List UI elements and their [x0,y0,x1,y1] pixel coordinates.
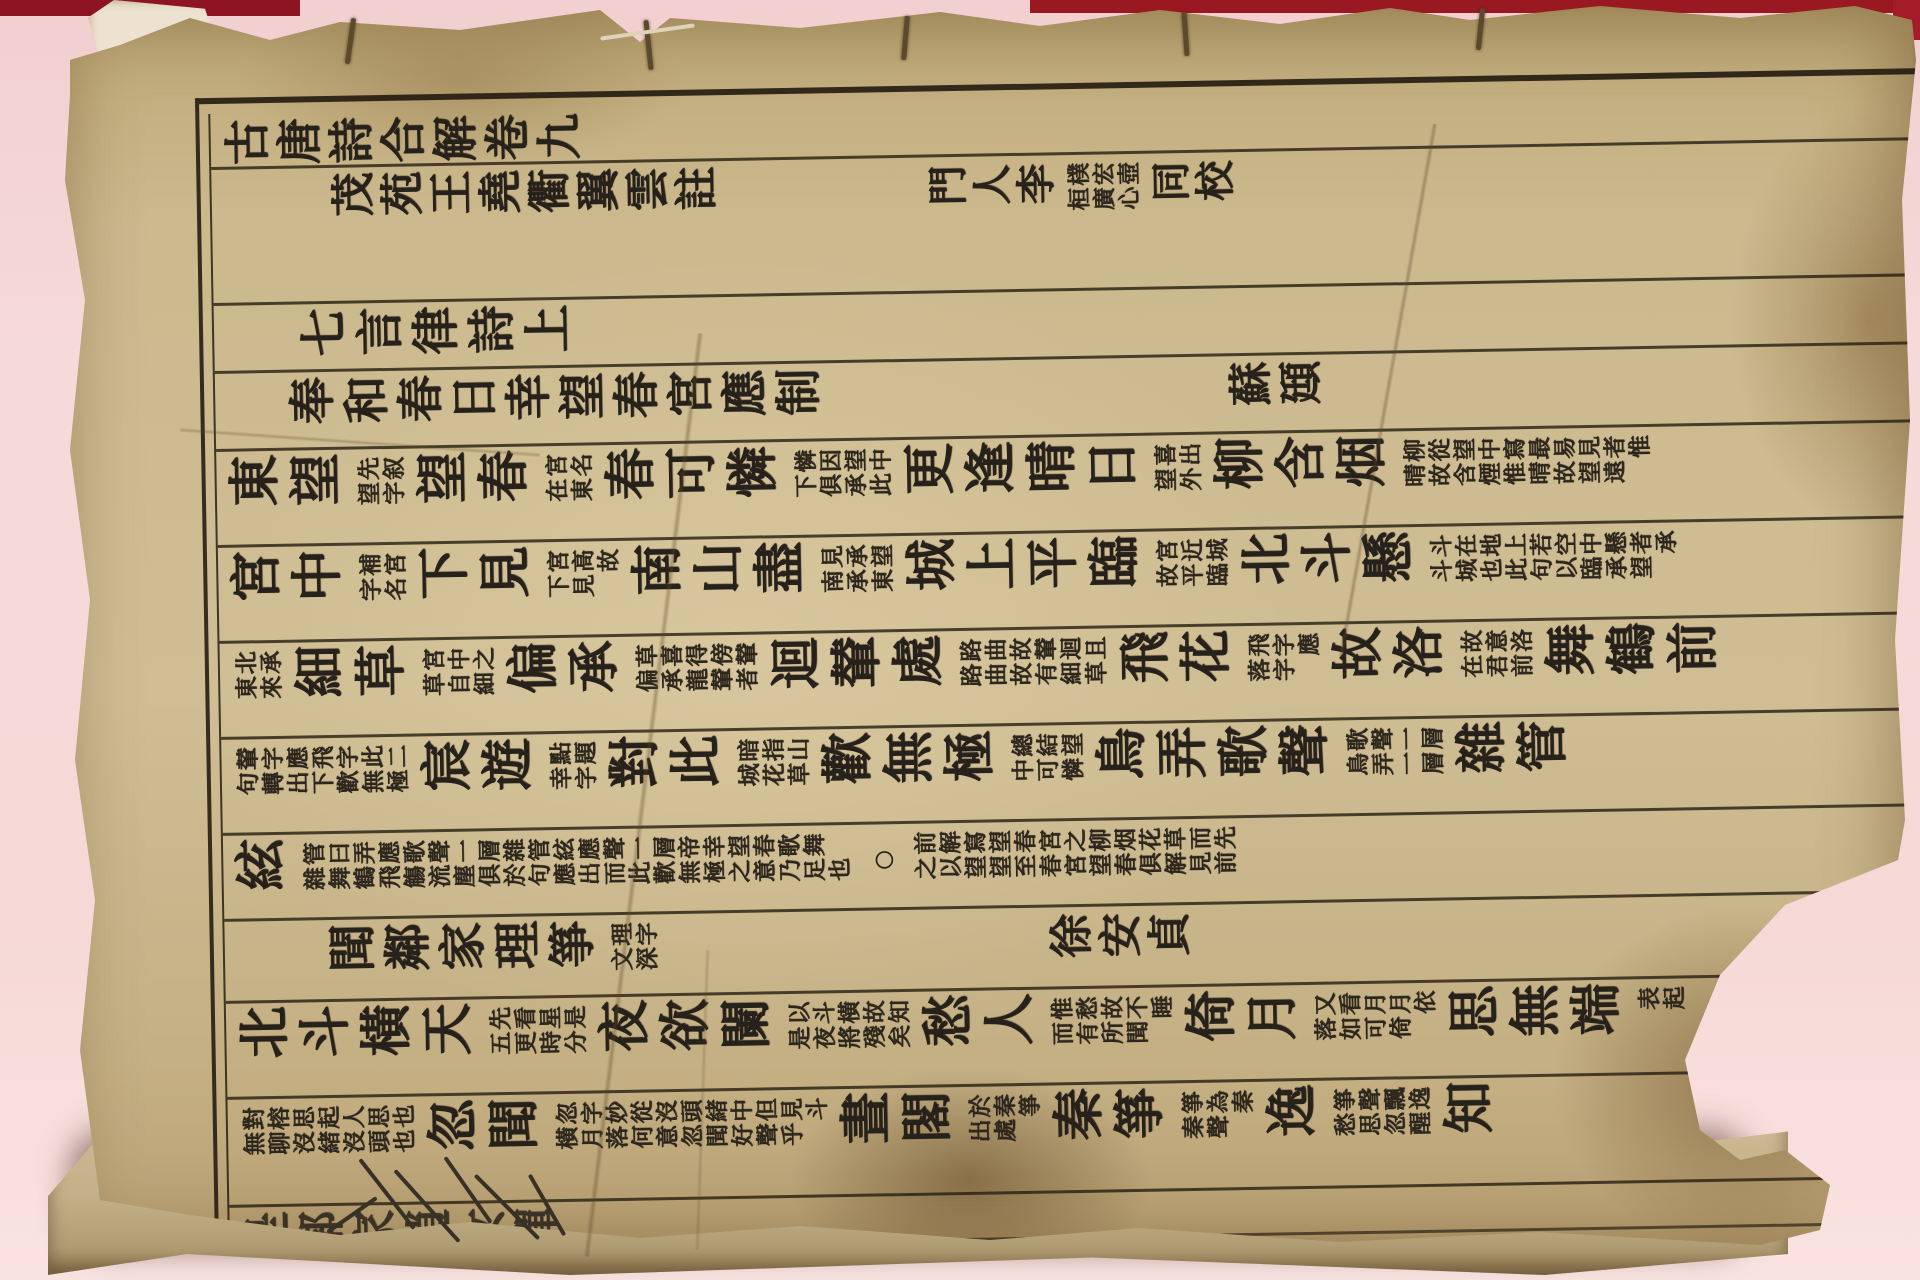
note-line: 喜出 [1153,445,1203,471]
poem-big-text: 鳥弄歌聲 [1093,727,1338,788]
note-line: 理字 [609,924,659,950]
poem-big-text: 逸 [1263,1088,1325,1146]
note-line: 箏為秦 [1180,1092,1255,1118]
poem-big-text: 茂苑王堯衢翼雲註 [329,168,722,224]
poem-big-text: 雜管 [1453,723,1576,782]
commentary-note: 先叙望字 [356,459,407,510]
commentary-note: 箏聲飄逸愁思忽醒 [1332,1089,1433,1140]
poem-big-text: 愁人 [920,997,1043,1056]
poem-big-text: 奉和春日幸望春宮應制 [287,370,828,431]
poem-big-text: 春可憐 [602,449,786,509]
note-line: 宮名 [544,455,594,481]
poem-big-text: 聞鄰家理箏 [326,922,602,980]
commentary-note: 管曰弄應歌聲一層雜管絃應聲一層帝幸望春歌舞雜舞鶴飛觴流塵俱於句應出而此歡無極之意… [302,835,853,894]
note-line: 愁思忽醒 [1333,1114,1433,1141]
note-line: 城花草 [737,764,812,790]
poem-big-text: 宸遊 [418,741,541,800]
commentary-note: 樸宏壺桓廣心 [1066,164,1142,215]
poem-big-text: 夜欲闌 [596,1001,780,1061]
note-line: 故意洛 [1459,631,1534,657]
spacer [220,339,298,340]
note-line: 憐因望中 [793,450,893,477]
note-line: 文深 [610,949,660,975]
note-line: 鳥弄一層 [1346,753,1446,780]
spacer [221,406,287,407]
note-line: 望字 [357,483,407,509]
poem-big-text: 古唐詩合解卷九 [222,114,587,170]
note-line: 而有所聞 [1050,1022,1175,1049]
note-line: 樸宏壺 [1066,164,1141,190]
poem-big-text: 細草 [292,648,415,707]
note-line: 句轉出下歡無極 [236,771,411,799]
note-line: 歌聲一層 [1345,729,1445,756]
spacer [218,200,330,202]
note-line: 晴故含煙惟晴故望遠 [1403,462,1653,491]
poem-big-text: 下見 [416,549,539,608]
poem-big-text: 同校 [1149,161,1238,208]
note-line: 落字 [1247,660,1322,686]
commentary-note: 見承望南承東 [820,546,896,597]
poem-big-text: 飛花 [1116,633,1239,692]
commentary-note: 點題幸字 [548,743,599,794]
note-line: 先看星是 [488,1008,588,1035]
commentary-note: 喜出望外 [1153,445,1204,496]
note-line: 南承東 [820,571,895,597]
note-line: 路曲故輦迴且 [959,638,1109,665]
commentary-note: 路曲故輦迴且路曲故有細草 [959,638,1110,690]
note-line: 以斗橫故知 [787,1002,912,1029]
note-line: 箏聲飄逸 [1332,1089,1432,1116]
note-line: 下俱承此 [794,475,894,502]
note-line: 見承望 [820,546,895,572]
note-line: 斗城也此句以臨承望 [1429,557,1679,586]
commentary-note: 歌聲一層鳥弄一層 [1345,729,1446,780]
commentary-note: 於秦箏出處 [968,1096,1044,1147]
commentary-note: 草喜得傍輦偏承龍輦者 [635,645,761,697]
note-line: 下見 [546,576,621,602]
note-line: 於秦箏 [968,1096,1043,1122]
poem-big-text: 故洛 [1329,629,1452,688]
rotated-text-block: 古唐詩合解卷九茂苑王堯衢翼雲註門人李樸宏壺桓廣心同校七言律詩上奉和春日幸望春宮應… [195,68,1920,1262]
commentary-note: 補宮字名 [358,555,409,606]
note-line: 路曲故有細草 [959,663,1109,690]
poem-big-text: 知 [1440,1085,1502,1143]
poem-big-text: 對此 [606,738,729,797]
note-line: 表起 [1637,988,1687,1014]
poem-big-text: 偏承 [505,644,628,703]
commentary-note: 宮近城故平臨 [1155,540,1231,591]
poem-big-text: 歡無極 [819,733,1003,793]
commentary-note: 忽字妙從沒頭緒中但見斗橫月落何意忽聞好聲乎 [555,1099,831,1153]
note-line: 草自細 [422,674,497,700]
printed-frame-outer: 古唐詩合解卷九茂苑王堯衢翼雲註門人李樸宏壺桓廣心同校七言律詩上奉和春日幸望春宮應… [195,68,1920,1262]
poem-big-text: 東望 [226,457,349,516]
note-line: 暗指山 [736,740,811,766]
note-line: 中可憐 [1011,760,1086,786]
note-line: 惟愁故不睡 [1050,997,1175,1024]
poem-big-text: 望春 [414,453,537,512]
commentary-note: 總結望中可憐 [1010,735,1086,786]
poem-big-text: 思無端 [1446,986,1630,1046]
poem-big-text: 門人李 [926,164,1059,211]
commentary-note: 宮高故下見 [546,551,622,602]
note-line: 點題 [548,743,598,769]
note-line: 東來 [234,678,284,704]
note-line: 宮高故 [546,551,621,577]
note-line: 先叙 [356,459,406,485]
poem-big-text: 蘇頲 [1227,363,1328,414]
note-line: 宮中之 [422,649,497,675]
note-line: 北承 [234,653,284,679]
note-line: 出處 [968,1120,1043,1146]
note-line: 補宮 [358,555,408,581]
poem-big-text: 柳含烟 [1211,438,1395,498]
poem-big-text: 迴輦處 [768,638,952,698]
note-line: 字名 [358,579,408,605]
photo-scene: { "scene": { "background_color": "#f6dad… [0,0,1920,1280]
commentary-note: 表起 [1637,988,1687,1014]
note-line: 落如可倚 [1313,1018,1438,1045]
poem-big-text: 忽聞 [425,1101,548,1160]
commentary-note: 暗指山城花草 [736,740,812,791]
note-line: 五更時分 [488,1032,588,1059]
poem-big-text: 更逢晴日 [901,443,1146,504]
poem-big-text: 北斗橫天 [236,1006,481,1067]
spacer [668,942,1048,949]
commentary-note: 惟愁故不睡而有所聞 [1050,997,1176,1049]
note-line: 無聊沒緒沒頭也 [242,1131,417,1159]
note-line: 宮近城 [1155,540,1230,566]
poem-big-text: 絃 [233,842,295,900]
commentary-note: 又看月月依落如可倚 [1313,993,1439,1045]
poem-big-text: 北斗懸 [1238,534,1422,594]
note-line: 在君前 [1460,656,1535,682]
note-line: 在東 [545,480,595,506]
note-line: 草喜得傍輦 [635,645,760,672]
note-line: 桓廣心 [1067,189,1142,215]
note-line: 之以望望至春宮望春俱解見前 [913,853,1238,883]
poem-big-text: 秦箏 [1050,1090,1173,1149]
commentary-note: 前解寫望春宮之柳烟花草而先之以望望至春宮望春俱解見前 [913,828,1239,883]
spacer [231,954,327,956]
commentary-note: 憐因望中下俱承此 [793,450,894,501]
spacer [827,389,1227,396]
book-page: 古唐詩合解卷九茂苑王堯衢翼雲註門人李樸宏壺桓廣心同校七言律詩上奉和春日幸望春宮應… [40,0,1920,1270]
commentary-note: 箏為秦秦聲 [1180,1092,1256,1143]
poem-big-text: 宮中 [228,553,351,612]
note-line: 橫月落何意忽聞好聲乎 [555,1124,830,1154]
commentary-note: 對榕思起人思也無聊沒緒沒頭也 [242,1107,418,1160]
spacer [722,190,927,194]
note-line: 幸字 [549,768,599,794]
note-line: 飛字應 [1247,635,1322,661]
note-line: 秦聲 [1181,1117,1256,1143]
note-line: 又看月月依 [1313,993,1438,1020]
note-line: 望外 [1154,470,1204,496]
commentary-note: 先看星是五更時分 [488,1008,589,1059]
poem-big-text: 城上平臨 [903,539,1148,600]
note-line: 故平臨 [1155,565,1230,591]
circle-mark: ○ [860,837,906,883]
poem-big-text: 晝閣 [837,1094,960,1153]
commentary-note: 飛字應落字 [1247,635,1323,686]
commentary-note: 柳從望中寫最易見者惟晴故含煙惟晴故望遠 [1402,437,1653,491]
note-line: 是夜將殘矣 [787,1027,912,1054]
poem-big-text: 七言律詩上 [298,307,579,365]
commentary-note: 理字文深 [609,924,660,975]
commentary-note: 輦字應飛字此二句轉出下歡無極 [235,747,411,800]
note-line: 總結望 [1010,735,1085,761]
commentary-note: 北承東來 [234,653,285,704]
note-line: 偏承龍輦者 [635,669,760,696]
poem-big-text: 徐安貞 [1047,914,1195,966]
commentary-note: 斗在地上若空中懸者承斗城也此句以臨承望 [1429,532,1680,586]
poem-big-text: 舞鶴前 [1542,625,1726,685]
text-frame: 古唐詩合解卷九茂苑王堯衢翼雲註門人李樸宏壺桓廣心同校七言律詩上奉和春日幸望春宮應… [208,84,1920,1262]
commentary-note: 宮名在東 [544,455,595,506]
commentary-note: 故意洛在君前 [1459,631,1535,682]
poem-big-text: 南山盡 [629,545,813,605]
poem-big-text: 倚月 [1183,992,1306,1051]
commentary-note: 宮中之草自細 [422,649,498,700]
commentary-note: 以斗橫故知是夜將殘矣 [787,1002,913,1054]
